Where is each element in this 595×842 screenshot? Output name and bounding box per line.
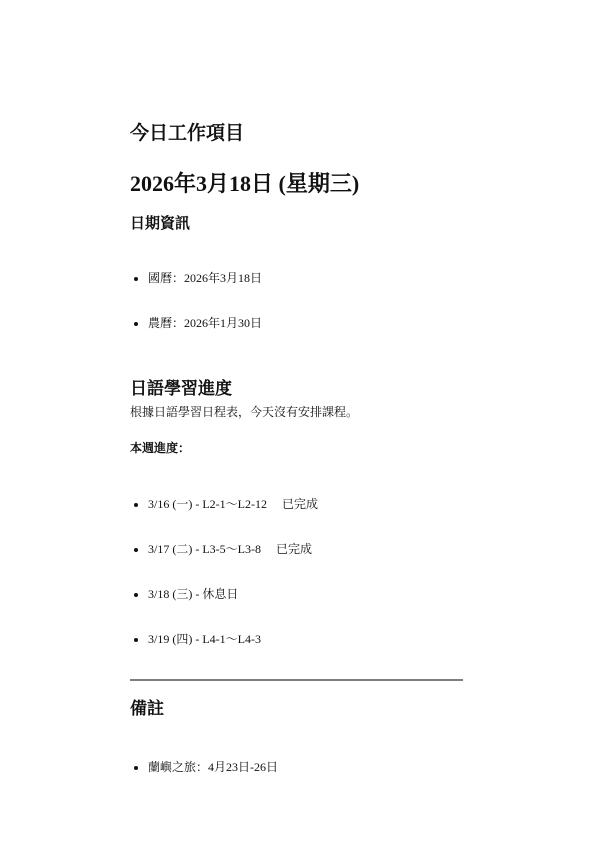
date-info-list: 國曆：2026年3月18日 農曆：2026年1月30日 — [130, 241, 463, 361]
document-content: 今日工作項目 2026年3月18日 (星期三) 日期資訊 國曆：2026年3月1… — [0, 0, 595, 805]
remarks-heading: 備註 — [130, 699, 463, 719]
japanese-study-heading: 日語學習進度 — [130, 379, 463, 399]
list-item: 3/17 (二) - L3-5～L3-8 已完成 — [148, 542, 463, 557]
list-item: 蘭嶼之旅：4月23日-26日 — [148, 760, 463, 775]
date-heading: 2026年3月18日 (星期三) — [130, 171, 463, 197]
list-item: 3/19 (四) - L4-1～L4-3 — [148, 632, 463, 647]
section-divider — [130, 679, 463, 681]
date-info-heading: 日期資訊 — [130, 215, 463, 233]
list-item: 3/18 (三) - 休息日 — [148, 587, 463, 602]
list-item: 3/16 (一) - L2-1～L2-12 已完成 — [148, 497, 463, 512]
list-item: 農曆：2026年1月30日 — [148, 316, 463, 331]
japanese-study-note: 根據日語學習日程表，今天沒有安排課程。 — [130, 405, 463, 420]
document-title: 今日工作項目 — [130, 123, 463, 145]
list-item: 國曆：2026年3月18日 — [148, 271, 463, 286]
remarks-list: 蘭嶼之旅：4月23日-26日 — [130, 730, 463, 805]
week-progress-label: 本週進度： — [130, 441, 463, 456]
document-page: 今日工作項目 2026年3月18日 (星期三) 日期資訊 國曆：2026年3月1… — [0, 0, 595, 842]
week-progress-list: 3/16 (一) - L2-1～L2-12 已完成 3/17 (二) - L3-… — [130, 467, 463, 677]
